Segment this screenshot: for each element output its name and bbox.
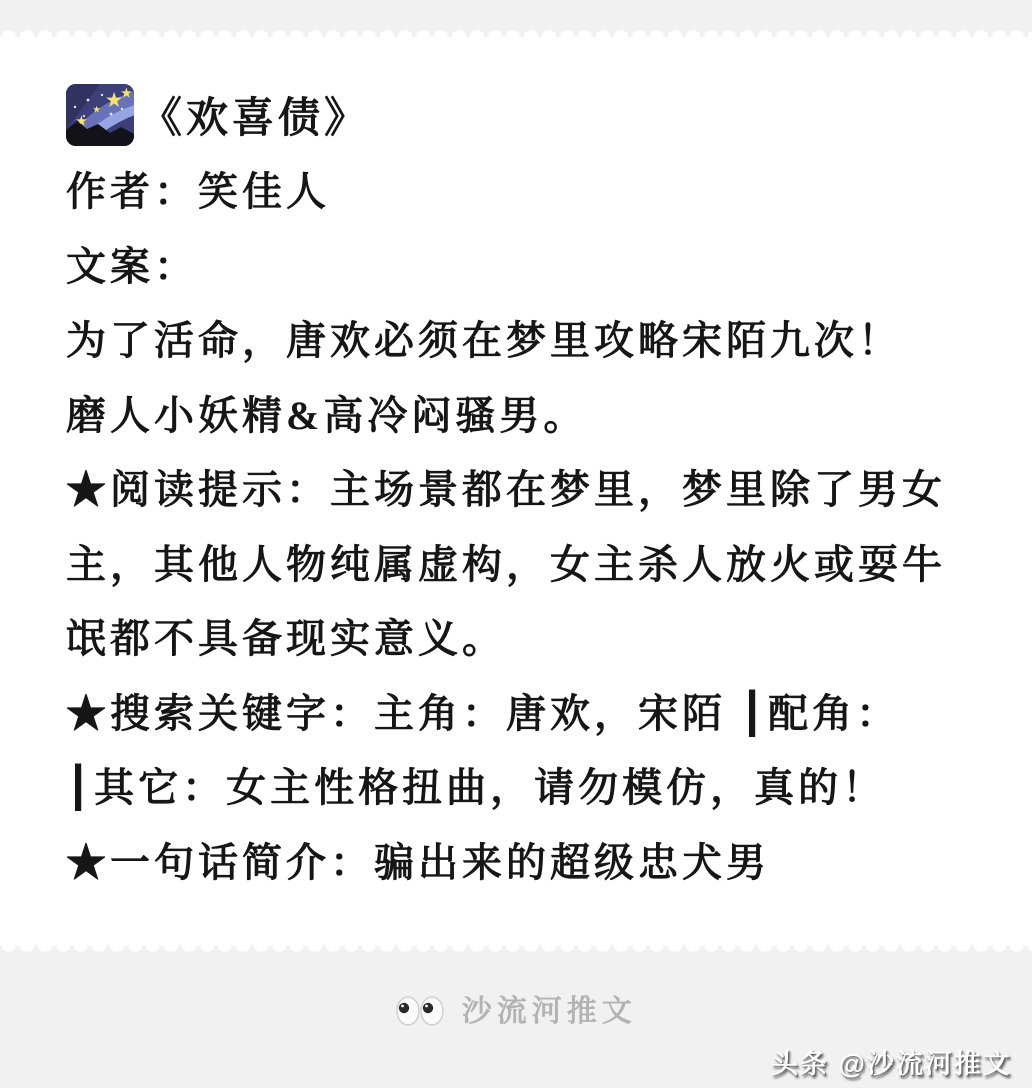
- center-watermark: 沙流河推文: [0, 986, 1032, 1035]
- one-line-intro: ★一句话简介：骗出来的超级忠犬男: [66, 826, 974, 901]
- center-watermark-text: 沙流河推文: [462, 995, 637, 1028]
- post-image: ★ ★ ★ ★ 《欢喜债》 作者：笑佳人 文案：: [0, 0, 1032, 1088]
- reading-tip-line-2: 主，其他人物纯属虚构，女主杀人放火或耍牛: [66, 528, 974, 603]
- synopsis-line-2: 磨人小妖精&高冷闷骚男。: [66, 379, 974, 454]
- keywords-line-1: ★搜索关键字：主角：唐欢，宋陌 ┃配角：: [66, 677, 974, 752]
- author-line: 作者：笑佳人: [66, 155, 974, 230]
- synopsis-label: 文案：: [66, 230, 974, 305]
- synopsis-line-1: 为了活命，唐欢必须在梦里攻略宋陌九次！: [66, 304, 974, 379]
- eyes-icon: [395, 995, 445, 1035]
- reading-tip-line-3: 氓都不具备现实意义。: [66, 602, 974, 677]
- svg-text:★: ★: [121, 86, 134, 100]
- reading-tip-line-1: ★阅读提示：主场景都在梦里，梦里除了男女: [66, 453, 974, 528]
- keywords-line-2: ┃其它：女主性格扭曲，请勿模仿，真的！: [66, 751, 974, 826]
- book-title: 《欢喜债》: [140, 85, 370, 145]
- card-torn-edge-bottom: [0, 945, 1032, 957]
- milky-way-icon: ★ ★ ★ ★: [66, 84, 134, 146]
- toutiao-corner-watermark: 头条 @沙流河推文: [771, 1042, 1012, 1081]
- card-content: ★ ★ ★ ★ 《欢喜债》 作者：笑佳人 文案：: [0, 37, 1032, 900]
- svg-text:★: ★: [93, 105, 104, 114]
- book-title-row: ★ ★ ★ ★ 《欢喜债》: [66, 75, 974, 155]
- post-card: ★ ★ ★ ★ 《欢喜债》 作者：笑佳人 文案：: [0, 37, 1032, 945]
- card-torn-edge-top: [0, 25, 1032, 37]
